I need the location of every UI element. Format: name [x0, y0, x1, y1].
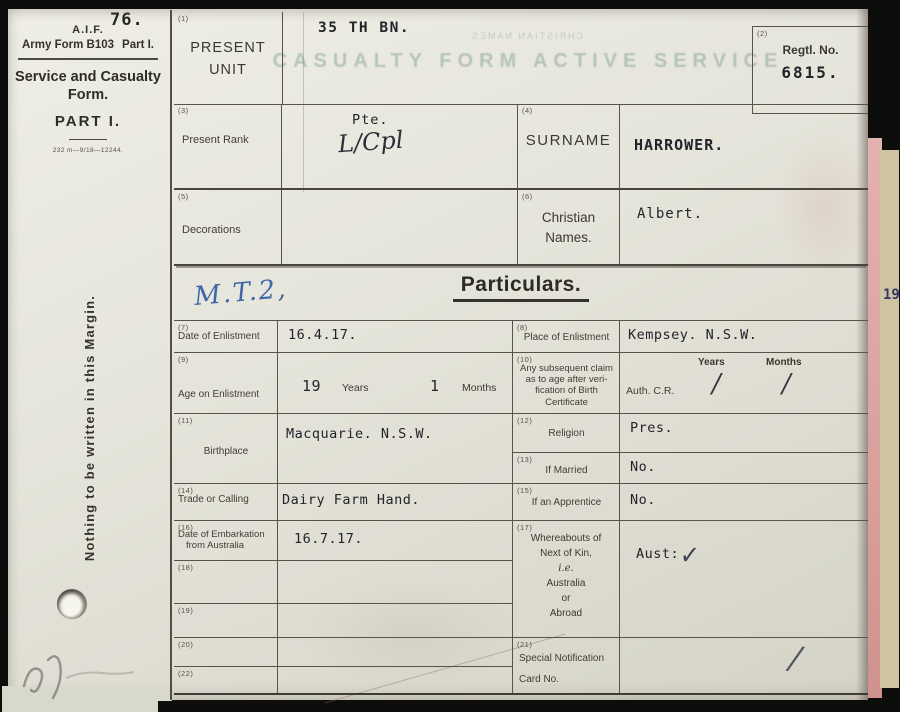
particulars-heading: Particulars. [453, 273, 589, 302]
field-7: (7) Date of Enlistment [174, 321, 278, 353]
field-9: (9) Age on Enlistment [174, 353, 278, 414]
present-rank-label: Present Rank [174, 134, 281, 147]
field-8-value: Kempsey. N.S.W. [620, 321, 868, 353]
field-decorations: (5) Decorations [174, 190, 282, 264]
divider-rule [18, 58, 158, 60]
header-row-rank-surname: (3) Present Rank Pte. L/Cpl (4) SURNAME … [174, 104, 868, 190]
christian-names-value: Albert. [637, 206, 703, 222]
field-regimental-number: (2) Regtl. No. 6815. [752, 26, 868, 114]
printer-imprint: 232 m—9/18—12244. [12, 147, 164, 154]
field-20-value [278, 638, 513, 667]
surname-value-cell: HARROWER. [620, 104, 868, 188]
present-unit-value: 35 TH BN. [318, 20, 410, 36]
bleed-through-text: CASUALTY FORM ACTIVE SERVICE [258, 50, 798, 73]
surname-value: HARROWER. [634, 136, 724, 154]
field-16-value: 16.7.17. [278, 521, 513, 561]
field-16: (16) Date of Embarkation from Australia [174, 521, 278, 561]
field-19-value [278, 604, 513, 638]
field-21-value: / [620, 638, 868, 693]
underlying-tan-paper-edge [880, 150, 899, 688]
next-of-kin-whereabouts-value: Aust: [636, 546, 679, 562]
pencil-scribble [14, 648, 164, 703]
field-19: (19) [174, 604, 278, 638]
rank-handwritten-value: L/Cpl [337, 126, 404, 158]
field-8: (8) Place of Enlistment [513, 321, 620, 353]
bleed-through-text-small: CHRISTIAN NAMES [470, 31, 583, 41]
field-21: (21) Special Notification Card No. [513, 638, 620, 693]
scan-black-edge [158, 701, 900, 712]
christian-names-label: Christian Names. [518, 208, 619, 247]
grid-line [282, 12, 283, 104]
next-of-kin-tick-mark: ✓ [679, 540, 700, 571]
particulars-section-header: Particulars. M.T.2, [174, 264, 868, 320]
field-20: (20) [174, 638, 278, 667]
surname-label: SURNAME [518, 132, 619, 150]
header-row-decorations-names: (5) Decorations (6) Christian Names. Alb… [174, 190, 868, 266]
field-number: (1) [178, 14, 189, 23]
decorations-value-cell [282, 190, 518, 264]
field-22: (22) [174, 667, 278, 693]
field-22-value [278, 667, 513, 693]
field-9-value: 19 Years 1 Months [278, 353, 513, 414]
present-rank-value: Pte. L/Cpl [282, 104, 518, 188]
field-18-value [278, 561, 513, 604]
scanned-document: 19 CASUALTY FORM ACTIVE SERVICE CHRISTIA… [0, 0, 900, 712]
field-13-value: No. [620, 453, 868, 484]
field-number: (2) [757, 29, 768, 38]
field-10-value: Years Months Auth. C.R. / / [620, 353, 868, 414]
field-present-unit: (1) PRESENT UNIT [174, 12, 282, 104]
regimental-number-label: Regtl. No. [753, 43, 868, 57]
form-reference: Army Form B103Part I. [12, 39, 164, 51]
field-18: (18) [174, 561, 278, 604]
field-11-value: Macquarie. N.S.W. [278, 414, 513, 484]
present-unit-label: PRESENT UNIT [174, 38, 282, 82]
field-14: (14) Trade or Calling [174, 484, 278, 521]
years-mark: / [712, 371, 721, 397]
age-years-value: 19 [302, 377, 321, 395]
form-identification-block: A.I.F. Army Form B103Part I. Service and… [12, 24, 164, 154]
field-7-value: 16.4.17. [278, 321, 513, 353]
particulars-table: (7) Date of Enlistment 16.4.17. (8) Plac… [174, 320, 868, 695]
field-11: (11) Birthplace [174, 414, 278, 484]
field-surname: (4) SURNAME [518, 104, 620, 188]
field-present-rank: (3) Present Rank [174, 104, 282, 188]
christian-names-value-cell: Albert. [620, 190, 868, 264]
regimental-number-value: 6815. [753, 63, 868, 82]
field-17-value: Aust: ✓ [620, 521, 868, 638]
divider-rule [69, 139, 107, 140]
field-13: (13) If Married [513, 453, 620, 484]
underlying-page-fragment: 19 [883, 287, 900, 303]
field-12: (12) Religion [513, 414, 620, 453]
margin-instruction: Nothing to be written in this Margin. [82, 263, 98, 593]
form-title: Service and Casualty Form. [12, 68, 164, 104]
field-10: (10) Any subsequent claim as to age afte… [513, 353, 620, 414]
months-mark: / [782, 371, 791, 397]
field-15: (15) If an Apprentice [513, 484, 620, 521]
field-17: (17) Whereabouts of Next of Kin, i.e. Au… [513, 521, 620, 638]
ink-annotation: M.T.2, [193, 274, 289, 312]
field-christian-names: (6) Christian Names. [518, 190, 620, 264]
part-heading: PART I. [12, 113, 164, 130]
card-slash-mark: / [788, 641, 803, 674]
margin-divider-line [170, 10, 172, 700]
decorations-label: Decorations [174, 224, 281, 237]
corps-label: A.I.F. [12, 24, 164, 36]
field-14-value: Dairy Farm Hand. [278, 484, 513, 521]
punch-hole [57, 589, 87, 619]
age-months-value: 1 [430, 377, 440, 395]
field-15-value: No. [620, 484, 868, 521]
field-12-value: Pres. [620, 414, 868, 453]
auth-label: Auth. C.R. [626, 385, 674, 398]
rank-typed-value: Pte. [352, 112, 389, 128]
